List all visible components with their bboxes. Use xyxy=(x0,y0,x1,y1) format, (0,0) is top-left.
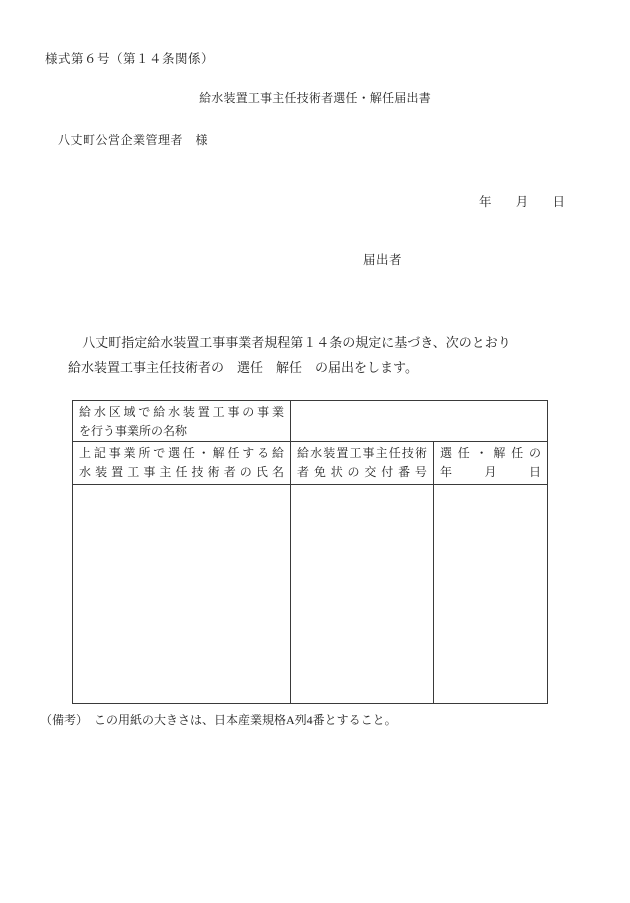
remark-note: （備考） この用紙の大きさは、日本産業規格A列4番とすること。 xyxy=(40,711,397,728)
form-number: 様式第６号（第１４条関係） xyxy=(45,49,214,67)
license-number-header-line1: 給水装置工事主任技術 xyxy=(297,444,427,463)
business-office-header-line2: を行う事業所の名称 xyxy=(79,422,284,441)
addressee-line: 八丈町公営企業管理者 様 xyxy=(58,131,208,148)
license-number-header-cell: 給水装置工事主任技術 者免状の交付番号 xyxy=(291,442,434,484)
engineer-name-header-cell: 上記事業所で選任・解任する給 水装置工事主任技術者の氏名 xyxy=(73,442,291,484)
body-paragraph: 八丈町指定給水装置工事事業者規程第１４条の規定に基づき、次のとおり 給水装置工事… xyxy=(68,330,548,380)
license-number-header-line2: 者免状の交付番号 xyxy=(297,463,427,482)
appointment-date-ymd-line: 年 月 日 xyxy=(440,463,541,482)
submitter-label: 届出者 xyxy=(363,250,402,268)
date-day-label: 日 xyxy=(552,192,565,210)
table-row-business-office: 給水区域で給水装置工事の事業 を行う事業所の名称 xyxy=(73,401,547,441)
date-line: 年 月 日 xyxy=(479,192,565,210)
body-line-1: 八丈町指定給水装置工事事業者規程第１４条の規定に基づき、次のとおり xyxy=(68,330,548,355)
notification-form-page: 様式第６号（第１４条関係） 給水装置工事主任技術者選任・解任届出書 八丈町公営企… xyxy=(0,0,630,903)
appointment-day-label: 日 xyxy=(529,463,541,482)
appointment-date-header-cell: 選任・解任の 年 月 日 xyxy=(434,442,547,484)
table-row-column-headers: 上記事業所で選任・解任する給 水装置工事主任技術者の氏名 給水装置工事主任技術 … xyxy=(73,441,547,484)
body-line-2: 給水装置工事主任技術者の 選任 解任 の届出をします。 xyxy=(68,355,548,380)
business-office-value-cell xyxy=(291,401,547,441)
engineer-name-entry-cell xyxy=(73,485,291,703)
table-row-entry-area xyxy=(73,484,547,703)
date-month-label: 月 xyxy=(516,192,529,210)
appointment-date-entry-cell xyxy=(434,485,547,703)
engineer-name-header-line1: 上記事業所で選任・解任する給 xyxy=(79,444,284,463)
page-title: 給水装置工事主任技術者選任・解任届出書 xyxy=(0,89,630,106)
business-office-header-cell: 給水区域で給水装置工事の事業 を行う事業所の名称 xyxy=(73,401,291,441)
appointment-date-header-line1: 選任・解任の xyxy=(440,444,541,463)
license-number-entry-cell xyxy=(291,485,434,703)
business-office-header-line1: 給水区域で給水装置工事の事業 xyxy=(79,403,284,422)
notification-table: 給水区域で給水装置工事の事業 を行う事業所の名称 上記事業所で選任・解任する給 … xyxy=(72,400,548,704)
date-year-label: 年 xyxy=(479,192,492,210)
engineer-name-header-line2: 水装置工事主任技術者の氏名 xyxy=(79,463,284,482)
appointment-month-label: 月 xyxy=(484,463,496,482)
appointment-year-label: 年 xyxy=(440,463,452,482)
